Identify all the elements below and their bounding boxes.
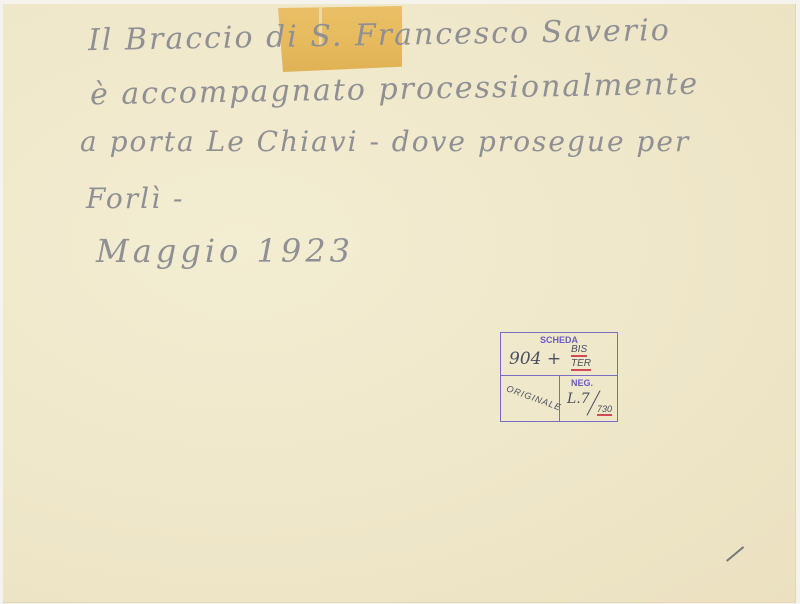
neg-subnumber: 730: [597, 404, 612, 416]
handwriting-line-4: Forlì -: [86, 182, 184, 215]
stamp-original-cell: ORIGINALE: [501, 375, 560, 421]
stamp-header: SCHEDA: [501, 335, 617, 345]
scheda-number: 904 +: [509, 349, 561, 369]
neg-label: NEG.: [571, 378, 593, 388]
original-label: ORIGINALE: [505, 383, 563, 412]
neg-value: L.7: [567, 391, 590, 407]
scheda-suffix-bis: BIS: [571, 344, 587, 357]
scheda-suffix-ter: TER: [571, 358, 591, 371]
handwriting-line-3: a porta Le Chiavi - dove prosegue per: [80, 125, 690, 158]
archive-stamp: SCHEDA 904 + BIS TER ORIGINALE NEG. L.7 …: [500, 332, 618, 422]
handwriting-date: Maggio 1923: [96, 232, 354, 270]
stamp-scheda-row: SCHEDA 904 + BIS TER: [501, 333, 617, 376]
